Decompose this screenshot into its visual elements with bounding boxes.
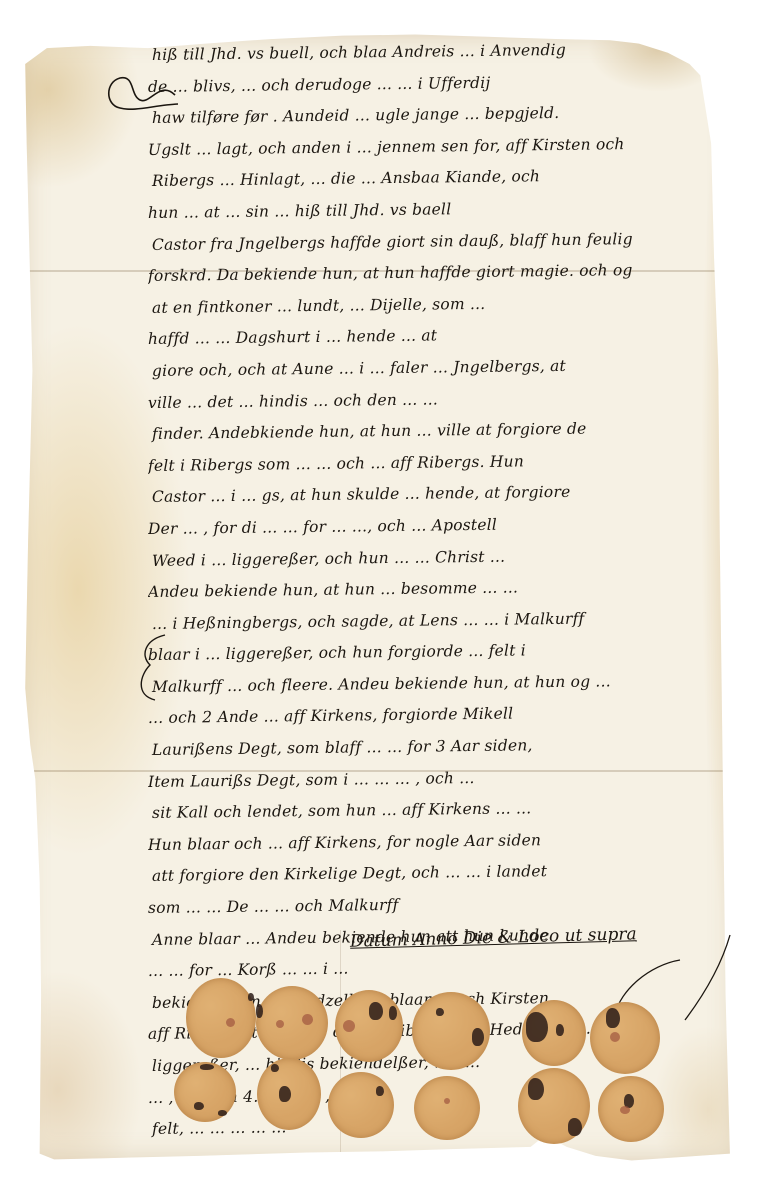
wax-seal [328, 1072, 394, 1138]
wax-seal [186, 978, 256, 1058]
wax-seal [414, 1076, 480, 1140]
wax-seal [174, 1062, 236, 1122]
wax-seal [256, 986, 328, 1060]
wax-seal [257, 1058, 321, 1130]
wax-seal [522, 1000, 586, 1066]
manuscript-body: hiß till Jhd. vs buell, och blaa Andreis… [148, 40, 738, 1146]
wax-seal [412, 992, 490, 1070]
wax-seal [598, 1076, 664, 1142]
wax-seal [590, 1002, 660, 1074]
wax-seal [518, 1068, 590, 1144]
wax-seal [335, 990, 403, 1062]
